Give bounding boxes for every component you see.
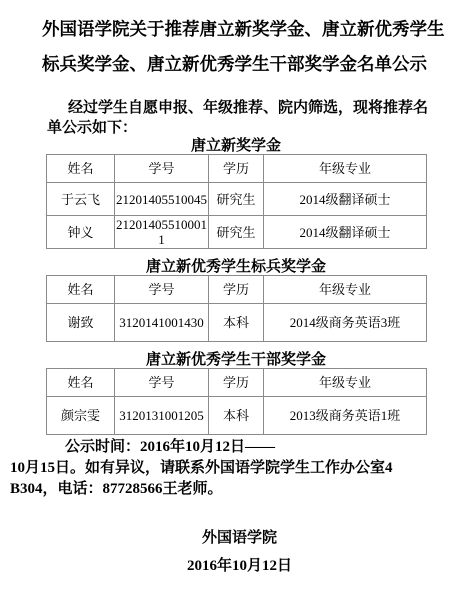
page-title: 外国语学院关于推荐唐立新奖学金、唐立新优秀学生 标兵奖学金、唐立新优秀学生干部奖… bbox=[42, 12, 433, 82]
col-header-name: 姓名 bbox=[47, 276, 115, 304]
scholarship-section-tanglixin: 唐立新奖学金 姓名 学号 学历 年级专业 于云飞 21201405510045 … bbox=[0, 138, 469, 249]
col-header-grade-major: 年级专业 bbox=[264, 155, 427, 183]
cell-student-id: 3120131001205 bbox=[115, 397, 209, 435]
cell-name: 于云飞 bbox=[47, 183, 115, 216]
table-header-row: 姓名 学号 学历 年级专业 bbox=[47, 369, 427, 397]
cell-grade-major: 2014级翻译硕士 bbox=[264, 216, 427, 249]
scholarship-section-model-student: 唐立新优秀学生标兵奖学金 姓名 学号 学历 年级专业 谢致 3120141001… bbox=[0, 259, 469, 342]
intro-line-2: 单公示如下： bbox=[47, 118, 433, 138]
col-header-degree: 学历 bbox=[209, 155, 264, 183]
cell-student-id: 3120141001430 bbox=[115, 304, 209, 342]
intro-paragraph: 经过学生自愿申报、年级推荐、院内筛选，现将推荐名 单公示如下： bbox=[47, 98, 433, 138]
cell-grade-major: 2014级商务英语3班 bbox=[264, 304, 427, 342]
table-title-tanglixin: 唐立新奖学金 bbox=[46, 138, 426, 154]
notice-paragraph: 公示时间：2016年10月12日—— 10月15日。如有异议，请联系外国语学院学… bbox=[10, 437, 465, 500]
cell-student-id: 21201405510045 bbox=[115, 183, 209, 216]
col-header-grade-major: 年级专业 bbox=[264, 369, 427, 397]
scholarship-table-student-cadre: 姓名 学号 学历 年级专业 颜宗雯 3120131001205 本科 2013级… bbox=[46, 368, 427, 435]
cell-grade-major: 2013级商务英语1班 bbox=[264, 397, 427, 435]
scholarship-table-model-student: 姓名 学号 学历 年级专业 谢致 3120141001430 本科 2014级商… bbox=[46, 275, 427, 342]
notice-line-1: 公示时间：2016年10月12日—— bbox=[10, 437, 465, 458]
table-row: 钟义 212014055100011 研究生 2014级翻译硕士 bbox=[47, 216, 427, 249]
table-header-row: 姓名 学号 学历 年级专业 bbox=[47, 155, 427, 183]
cell-degree: 研究生 bbox=[209, 216, 264, 249]
cell-name: 钟义 bbox=[47, 216, 115, 249]
notice-line-2: 10月15日。如有异议，请联系外国语学院学生工作办公室4 bbox=[10, 458, 465, 479]
table-title-student-cadre: 唐立新优秀学生干部奖学金 bbox=[46, 352, 426, 368]
signature-date: 2016年10月12日 bbox=[10, 552, 469, 580]
table-header-row: 姓名 学号 学历 年级专业 bbox=[47, 276, 427, 304]
table-row: 谢致 3120141001430 本科 2014级商务英语3班 bbox=[47, 304, 427, 342]
cell-grade-major: 2014级翻译硕士 bbox=[264, 183, 427, 216]
col-header-name: 姓名 bbox=[47, 155, 115, 183]
scholarship-table-tanglixin: 姓名 学号 学历 年级专业 于云飞 21201405510045 研究生 201… bbox=[46, 154, 427, 249]
col-header-student-id: 学号 bbox=[115, 369, 209, 397]
col-header-grade-major: 年级专业 bbox=[264, 276, 427, 304]
col-header-student-id: 学号 bbox=[115, 155, 209, 183]
signature-organization: 外国语学院 bbox=[10, 524, 469, 552]
table-row: 颜宗雯 3120131001205 本科 2013级商务英语1班 bbox=[47, 397, 427, 435]
col-header-name: 姓名 bbox=[47, 369, 115, 397]
table-title-model-student: 唐立新优秀学生标兵奖学金 bbox=[46, 259, 426, 275]
table-row: 于云飞 21201405510045 研究生 2014级翻译硕士 bbox=[47, 183, 427, 216]
cell-name: 谢致 bbox=[47, 304, 115, 342]
title-line-1: 外国语学院关于推荐唐立新奖学金、唐立新优秀学生 bbox=[42, 12, 433, 47]
col-header-student-id: 学号 bbox=[115, 276, 209, 304]
announcement-document: 外国语学院关于推荐唐立新奖学金、唐立新优秀学生 标兵奖学金、唐立新优秀学生干部奖… bbox=[0, 0, 469, 612]
scholarship-section-student-cadre: 唐立新优秀学生干部奖学金 姓名 学号 学历 年级专业 颜宗雯 312013100… bbox=[0, 352, 469, 435]
col-header-degree: 学历 bbox=[209, 369, 264, 397]
notice-line-3: B304，电话：87728566王老师。 bbox=[10, 479, 465, 500]
intro-line-1: 经过学生自愿申报、年级推荐、院内筛选，现将推荐名 bbox=[47, 98, 433, 118]
cell-degree: 本科 bbox=[209, 304, 264, 342]
cell-degree: 本科 bbox=[209, 397, 264, 435]
cell-degree: 研究生 bbox=[209, 183, 264, 216]
cell-name: 颜宗雯 bbox=[47, 397, 115, 435]
signature-block: 外国语学院 2016年10月12日 bbox=[10, 524, 469, 580]
col-header-degree: 学历 bbox=[209, 276, 264, 304]
cell-student-id: 212014055100011 bbox=[115, 216, 209, 249]
title-line-2: 标兵奖学金、唐立新优秀学生干部奖学金名单公示 bbox=[42, 47, 433, 82]
